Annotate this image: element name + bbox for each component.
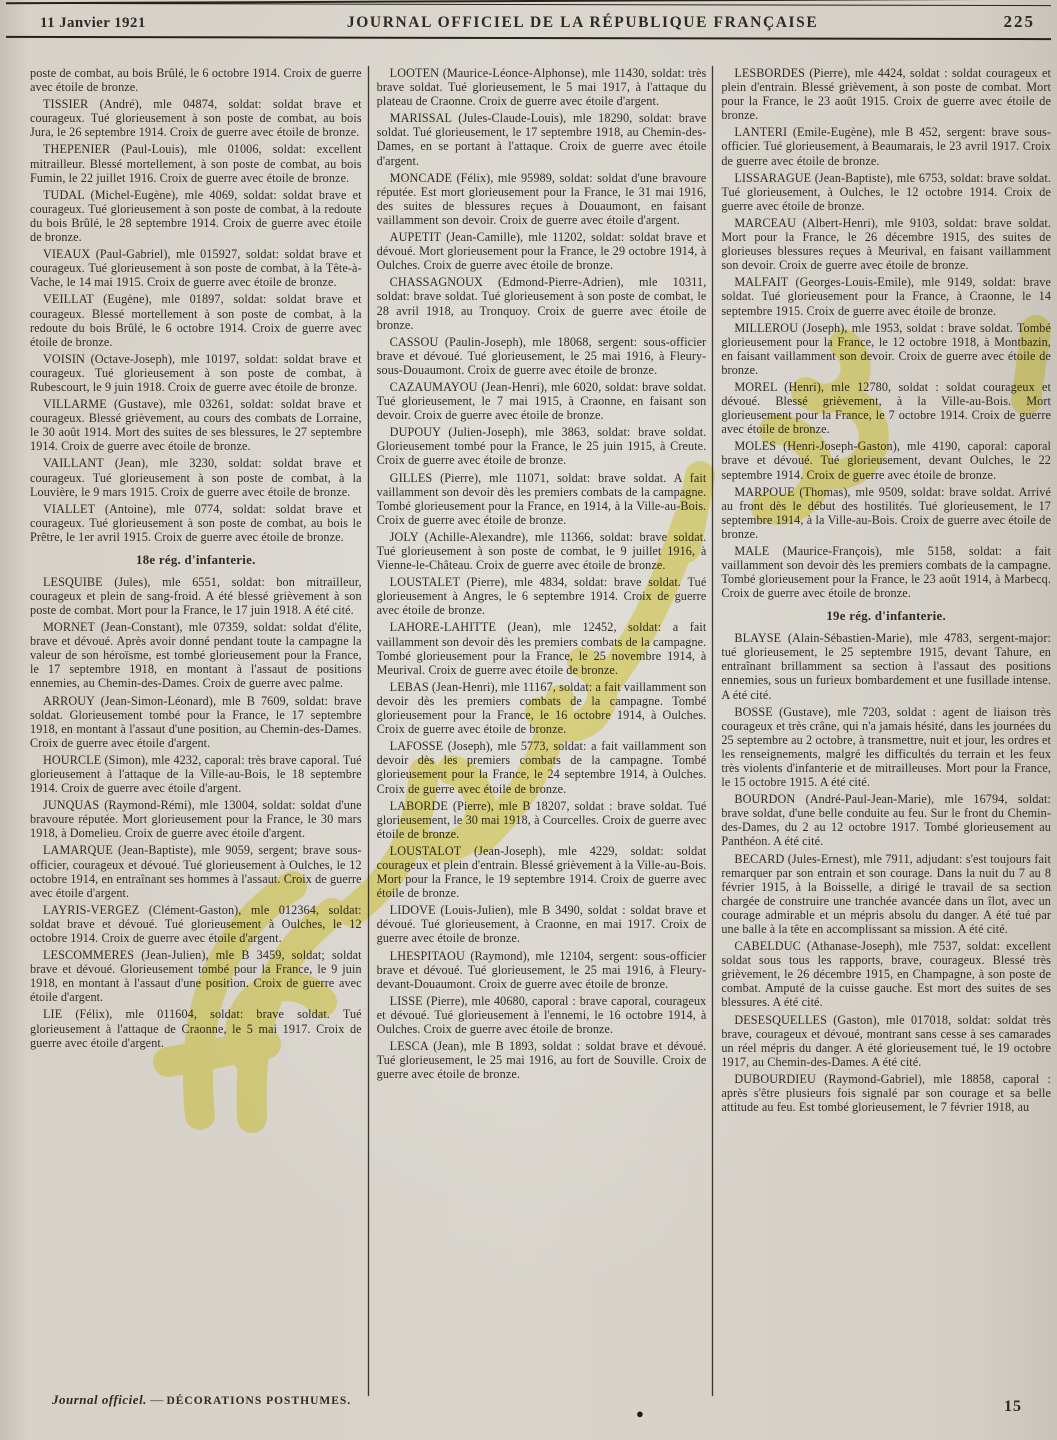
citation-entry: JUNQUAS (Raymond-Rémi), mle 13004, solda… xyxy=(30,798,362,840)
citation-entry: VIALLET (Antoine), mle 0774, soldat: sol… xyxy=(30,502,362,544)
citation-entry: VIEAUX (Paul-Gabriel), mle 015927, solda… xyxy=(30,247,362,289)
page-number-top: 225 xyxy=(1003,12,1035,32)
citation-entry: LIE (Félix), mle 011604, soldat: brave s… xyxy=(30,1007,362,1049)
citation-entry: MONCADE (Félix), mle 95989, soldat: sold… xyxy=(377,171,707,227)
citation-entry: MALE (Maurice-François), mle 5158, solda… xyxy=(721,544,1051,600)
citation-entry: LAHORE-LAHITTE (Jean), mle 12452, soldat… xyxy=(377,620,707,676)
citation-entry: MARISSAL (Jules-Claude-Louis), mle 18290… xyxy=(377,111,707,167)
citation-entry: JOLY (Achille-Alexandre), mle 11366, sol… xyxy=(377,530,707,572)
continuation-paragraph: poste de combat, au bois Brûlé, le 6 oct… xyxy=(30,66,362,94)
citation-entry: LAYRIS-VERGEZ (Clément-Gaston), mle 0123… xyxy=(30,903,362,945)
citation-entry: MARCEAU (Albert-Henri), mle 9103, soldat… xyxy=(721,216,1051,272)
citation-entry: MARPOUE (Thomas), mle 9509, soldat: brav… xyxy=(721,485,1051,541)
citation-entry: VOISIN (Octave-Joseph), mle 10197, solda… xyxy=(30,352,362,394)
citation-entry: VAILLANT (Jean), mle 3230, soldat: solda… xyxy=(30,456,362,498)
citation-entry: LESCOMMERES (Jean-Julien), mle B 3459, s… xyxy=(30,948,362,1004)
footer-section-label: DÉCORATIONS POSTHUMES. xyxy=(166,1395,351,1407)
citation-entry: LABORDE (Pierre), mle B 18207, soldat : … xyxy=(377,799,707,841)
citation-entry: LISSE (Pierre), mle 40680, caporal : bra… xyxy=(377,994,707,1036)
page-header: 11 Janvier 1921 JOURNAL OFFICIEL DE LA R… xyxy=(0,0,1057,39)
citation-entry: MORNET (Jean-Constant), mle 07359, solda… xyxy=(30,620,362,690)
citation-entry: LOUSTALOT (Jean-Joseph), mle 4229, solda… xyxy=(377,844,707,900)
citation-entry: CABELDUC (Athanase-Joseph), mle 7537, so… xyxy=(721,939,1051,1009)
citation-entry: LANTERI (Emile-Eugène), mle B 452, serge… xyxy=(721,125,1051,167)
citation-entry: ARROUY (Jean-Simon-Léonard), mle B 7609,… xyxy=(30,694,362,750)
citation-entry: DUPOUY (Julien-Joseph), mle 3863, soldat… xyxy=(377,425,707,467)
citation-entry: MOLES (Henri-Joseph-Gaston), mle 4190, c… xyxy=(721,439,1051,481)
citation-entry: GILLES (Pierre), mle 11071, soldat: brav… xyxy=(377,471,707,527)
citation-entry: LEBAS (Jean-Henri), mle 11167, soldat: a… xyxy=(377,680,707,736)
footer-journal-label: Journal officiel. xyxy=(52,1392,147,1407)
citation-entry: AUPETIT (Jean-Camille), mle 11202, solda… xyxy=(377,230,707,272)
citation-entry: CAZAUMAYOU (Jean-Henri), mle 6020, solda… xyxy=(377,380,707,422)
regiment-heading: 19e rég. d'infanterie. xyxy=(721,609,1051,624)
citation-entry: MOREL (Henri), mle 12780, soldat : solda… xyxy=(721,380,1051,436)
journal-title: JOURNAL OFFICIEL DE LA RÉPUBLIQUE FRANÇA… xyxy=(347,14,818,32)
citation-entry: LAFOSSE (Joseph), mle 5773, soldat: a fa… xyxy=(377,739,707,795)
citation-entry: CHASSAGNOUX (Edmond-Pierre-Adrien), mle … xyxy=(377,275,707,331)
citation-entry: BLAYSE (Alain-Sébastien-Marie), mle 4783… xyxy=(721,631,1051,701)
citation-entry: BOSSE (Gustave), mle 7203, soldat : agen… xyxy=(721,705,1051,790)
citation-entry: CASSOU (Paulin-Joseph), mle 18068, serge… xyxy=(377,335,707,377)
column-3: LESBORDES (Pierre), mle 4424, soldat : s… xyxy=(713,64,1057,1416)
citation-entry: BECARD (Jules-Ernest), mle 7911, adjudan… xyxy=(721,852,1051,937)
text-columns: poste de combat, au bois Brûlé, le 6 oct… xyxy=(0,64,1057,1416)
column-1: poste de combat, au bois Brûlé, le 6 oct… xyxy=(0,64,368,1416)
citation-entry: LOOTEN (Maurice-Léonce-Alphonse), mle 11… xyxy=(377,66,707,108)
footer-separator: — xyxy=(147,1392,167,1407)
citation-entry: LISSARAGUE (Jean-Baptiste), mle 6753, so… xyxy=(721,171,1051,213)
citation-entry: DESESQUELLES (Gaston), mle 017018, solda… xyxy=(721,1013,1051,1069)
citation-entry: LAMARQUE (Jean-Baptiste), mle 9059, serg… xyxy=(30,843,362,899)
citation-entry: LOUSTALET (Pierre), mle 4834, soldat: br… xyxy=(377,575,707,617)
citation-entry: BOURDON (André-Paul-Jean-Marie), mle 167… xyxy=(721,792,1051,848)
issue-date: 11 Janvier 1921 xyxy=(40,15,146,32)
citation-entry: LESQUIBE (Jules), mle 6551, soldat: bon … xyxy=(30,575,362,617)
citation-entry: VILLARME (Gustave), mle 03261, soldat: s… xyxy=(30,397,362,453)
citation-entry: LESCA (Jean), mle B 1893, soldat : solda… xyxy=(377,1039,707,1081)
citation-entry: TUDAL (Michel-Eugène), mle 4069, soldat:… xyxy=(30,188,362,244)
citation-entry: DUBOURDIEU (Raymond-Gabriel), mle 18858,… xyxy=(721,1072,1051,1114)
scanned-page: 11 Janvier 1921 JOURNAL OFFICIEL DE LA R… xyxy=(0,0,1057,1440)
citation-entry: TISSIER (André), mle 04874, soldat: sold… xyxy=(30,97,362,139)
citation-entry: HOURCLE (Simon), mle 4232, caporal: très… xyxy=(30,753,362,795)
citation-entry: VEILLAT (Eugène), mle 01897, soldat: sol… xyxy=(30,292,362,348)
signature-page-number: 15 xyxy=(1004,1398,1022,1416)
citation-entry: THEPENIER (Paul-Louis), mle 01006, solda… xyxy=(30,142,362,184)
regiment-heading: 18e rég. d'infanterie. xyxy=(30,553,362,568)
citation-entry: MILLEROU (Joseph), mle 1953, soldat : br… xyxy=(721,321,1051,377)
citation-entry: LIDOVE (Louis-Julien), mle B 3490, solda… xyxy=(377,903,707,945)
citation-entry: LHESPITAOU (Raymond), mle 12104, sergent… xyxy=(377,949,707,991)
column-2: LOOTEN (Maurice-Léonce-Alphonse), mle 11… xyxy=(369,64,713,1416)
footer-bullet: ● xyxy=(636,1406,644,1422)
footer-running-title: Journal officiel. — DÉCORATIONS POSTHUME… xyxy=(52,1392,351,1408)
citation-entry: MALFAIT (Georges-Louis-Emile), mle 9149,… xyxy=(721,275,1051,317)
citation-entry: LESBORDES (Pierre), mle 4424, soldat : s… xyxy=(721,66,1051,122)
